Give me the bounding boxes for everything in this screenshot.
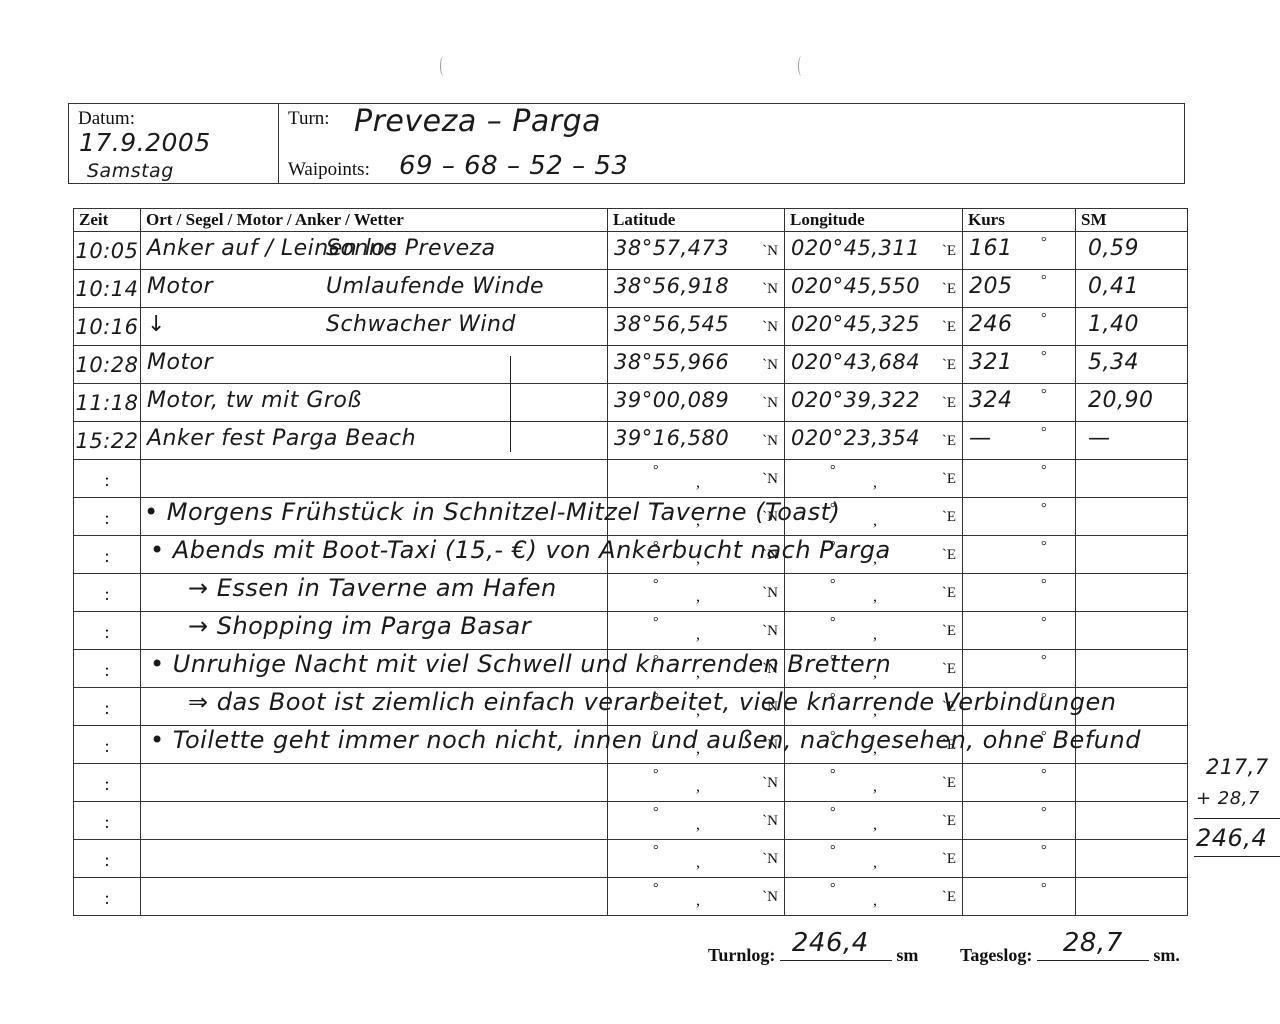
degree-mark: °: [830, 881, 836, 897]
sm-value: —: [1088, 426, 1111, 451]
time-colon: :: [104, 546, 109, 566]
column-header-sm: SM: [1076, 209, 1188, 232]
time-colon: :: [104, 888, 109, 908]
latitude-value: 38°56,545: [614, 312, 729, 336]
time-value: 11:18: [75, 391, 138, 415]
degree-mark: °: [830, 577, 836, 593]
north-mark: `N: [762, 851, 778, 868]
cell-latitude: °,`N: [608, 460, 785, 498]
ort-value: Anker auf / Leinen los Preveza: [147, 236, 496, 261]
degree-mark: °: [830, 805, 836, 821]
cell-sm: [1076, 764, 1188, 802]
ort-value: Anker fest Parga Beach: [147, 426, 416, 451]
comma-mark: ,: [873, 816, 877, 834]
time-value: 10:14: [75, 277, 138, 301]
cell-ort: [141, 802, 608, 840]
table-row: 10:05Anker auf / Leinen los PrevezaSonne…: [74, 232, 1188, 270]
turn-value: Preveza – Parga: [354, 104, 601, 139]
cell-zeit: :: [74, 460, 141, 498]
cell-longitude: 020°43,684`E: [785, 346, 963, 384]
column-header-latitude: Latitude: [608, 209, 785, 232]
cell-sm: [1076, 574, 1188, 612]
cell-zeit: :: [74, 536, 141, 574]
degree-mark: °: [1041, 539, 1047, 555]
log-header: Datum: 17.9.2005 Samstag Turn: Preveza –…: [68, 103, 1185, 184]
cell-sm: 1,40: [1076, 308, 1188, 346]
waypoints-label: Waipoints:: [288, 159, 370, 181]
table-row: :°,`N°,`E°: [74, 764, 1188, 802]
north-mark: `N: [762, 433, 778, 450]
cell-latitude: °,`N: [608, 802, 785, 840]
cell-latitude: 38°57,473`N: [608, 232, 785, 270]
cell-latitude: 39°00,089`N: [608, 384, 785, 422]
north-mark: `N: [762, 471, 778, 488]
cell-kurs: 324°: [963, 384, 1076, 422]
turn-label: Turn:: [288, 108, 330, 130]
cell-kurs: 321°: [963, 346, 1076, 384]
degree-mark: °: [1041, 843, 1047, 859]
comma-mark: ,: [873, 588, 877, 606]
time-colon: :: [104, 622, 109, 642]
cell-sm: [1076, 840, 1188, 878]
sm-value: 0,41: [1088, 274, 1139, 299]
wetter-value: Schwacher Wind: [326, 312, 516, 337]
comma-mark: ,: [696, 474, 700, 492]
cell-latitude: °,`N: [608, 574, 785, 612]
degree-mark: °: [653, 463, 659, 479]
degree-mark: °: [1041, 425, 1047, 441]
east-mark: `E: [942, 433, 956, 450]
cell-zeit: :: [74, 574, 141, 612]
cell-zeit: :: [74, 878, 141, 916]
degree-mark: °: [653, 881, 659, 897]
cell-zeit: :: [74, 726, 141, 764]
comma-mark: ,: [696, 892, 700, 910]
continuation-arrow: [510, 356, 511, 452]
degree-mark: °: [1041, 615, 1047, 631]
cell-latitude: 38°56,545`N: [608, 308, 785, 346]
date-cell: Datum: 17.9.2005 Samstag: [69, 104, 279, 183]
cell-ort: [141, 878, 608, 916]
handwritten-note: → Shopping im Parga Basar: [188, 612, 531, 640]
east-mark: `E: [942, 889, 956, 906]
degree-mark: °: [653, 767, 659, 783]
cell-longitude: 020°45,311`E: [785, 232, 963, 270]
degree-mark: °: [830, 615, 836, 631]
handwritten-note: ⇒ das Boot ist ziemlich einfach verarbei…: [188, 688, 1116, 716]
time-colon: :: [104, 660, 109, 680]
degree-mark: °: [1041, 349, 1047, 365]
cell-sm: [1076, 802, 1188, 840]
cell-zeit: 10:28: [74, 346, 141, 384]
sm-value: 1,40: [1088, 312, 1139, 337]
cell-longitude: °,`E: [785, 840, 963, 878]
degree-mark: °: [1041, 501, 1047, 517]
column-header-kurs: Kurs: [963, 209, 1076, 232]
cell-kurs: 246°: [963, 308, 1076, 346]
degree-mark: °: [653, 843, 659, 859]
degree-mark: °: [830, 843, 836, 859]
cell-ort: [141, 764, 608, 802]
cell-longitude: °,`E: [785, 612, 963, 650]
cell-sm: [1076, 460, 1188, 498]
time-colon: :: [104, 774, 109, 794]
east-mark: `E: [942, 775, 956, 792]
east-mark: `E: [942, 319, 956, 336]
latitude-value: 38°55,966: [614, 350, 729, 374]
tageslog-field: Tageslog: 28,7 sm.: [960, 940, 1180, 966]
cell-sm: [1076, 878, 1188, 916]
table-row: :°,`N°,`E°: [74, 878, 1188, 916]
cell-zeit: 10:16: [74, 308, 141, 346]
cell-longitude: 020°45,325`E: [785, 308, 963, 346]
east-mark: `E: [942, 851, 956, 868]
cell-kurs: 161°: [963, 232, 1076, 270]
cell-zeit: 10:14: [74, 270, 141, 308]
cell-kurs: °: [963, 840, 1076, 878]
east-mark: `E: [942, 509, 956, 526]
cell-zeit: 10:05: [74, 232, 141, 270]
margin-sum-underline: [1194, 856, 1280, 857]
degree-mark: °: [1041, 653, 1047, 669]
degree-mark: °: [1041, 387, 1047, 403]
north-mark: `N: [762, 585, 778, 602]
cell-ort: [141, 840, 608, 878]
cell-sm: [1076, 536, 1188, 574]
comma-mark: ,: [696, 778, 700, 796]
cell-kurs: °: [963, 498, 1076, 536]
handwritten-note: • Toilette geht immer noch nicht, innen …: [150, 726, 1141, 754]
margin-sum-total: 246,4: [1196, 824, 1267, 852]
punch-hole-mark: [798, 56, 805, 76]
ort-value: Motor: [147, 274, 213, 299]
north-mark: `N: [762, 319, 778, 336]
north-mark: `N: [762, 775, 778, 792]
longitude-value: 020°45,325: [791, 312, 920, 336]
degree-mark: °: [653, 615, 659, 631]
cell-kurs: °: [963, 536, 1076, 574]
degree-mark: °: [653, 577, 659, 593]
comma-mark: ,: [873, 626, 877, 644]
handwritten-note: • Unruhige Nacht mit viel Schwell und kn…: [150, 650, 891, 678]
east-mark: `E: [942, 281, 956, 298]
sm-value: 5,34: [1088, 350, 1139, 375]
latitude-value: 39°16,580: [614, 426, 729, 450]
degree-mark: °: [830, 767, 836, 783]
longitude-value: 020°23,354: [791, 426, 920, 450]
ort-value: ↓: [147, 312, 166, 337]
kurs-value: 205: [969, 274, 1013, 299]
table-row: 10:28Motor38°55,966`N020°43,684`E321°5,3…: [74, 346, 1188, 384]
margin-sum-line1: 217,7: [1206, 755, 1269, 779]
north-mark: `N: [762, 623, 778, 640]
waypoints-value: 69 – 68 – 52 – 53: [399, 151, 628, 181]
north-mark: `N: [762, 395, 778, 412]
cell-longitude: °,`E: [785, 878, 963, 916]
ort-value: Motor: [147, 350, 213, 375]
column-header-zeit: Zeit: [74, 209, 141, 232]
cell-longitude: °,`E: [785, 802, 963, 840]
turnlog-unit: sm: [896, 945, 918, 965]
handwritten-note: • Morgens Frühstück in Schnitzel-Mitzel …: [144, 498, 840, 526]
time-colon: :: [104, 470, 109, 490]
cell-latitude: 38°56,918`N: [608, 270, 785, 308]
comma-mark: ,: [873, 854, 877, 872]
degree-mark: °: [1041, 767, 1047, 783]
weekday-value: Samstag: [87, 160, 174, 182]
north-mark: `N: [762, 357, 778, 374]
cell-zeit: :: [74, 764, 141, 802]
east-mark: `E: [942, 623, 956, 640]
margin-sum-rule: [1194, 818, 1280, 819]
cell-longitude: °,`E: [785, 574, 963, 612]
cell-latitude: 39°16,580`N: [608, 422, 785, 460]
table-row: :°,`N°,`E°: [74, 460, 1188, 498]
cell-kurs: °: [963, 574, 1076, 612]
comma-mark: ,: [873, 778, 877, 796]
time-value: 15:22: [75, 429, 138, 453]
east-mark: `E: [942, 357, 956, 374]
kurs-value: 161: [969, 236, 1013, 261]
table-row: :°,`N°,`E°: [74, 802, 1188, 840]
cell-latitude: °,`N: [608, 840, 785, 878]
cell-ort: Anker fest Parga Beach: [141, 422, 608, 460]
tageslog-line: 28,7: [1037, 940, 1149, 961]
east-mark: `E: [942, 547, 956, 564]
cell-sm: [1076, 650, 1188, 688]
turn-cell: Turn: Preveza – Parga Waipoints: 69 – 68…: [279, 104, 1184, 183]
cell-sm: [1076, 612, 1188, 650]
time-colon: :: [104, 584, 109, 604]
cell-latitude: °,`N: [608, 612, 785, 650]
time-value: 10:16: [75, 315, 138, 339]
east-mark: `E: [942, 395, 956, 412]
comma-mark: ,: [873, 512, 877, 530]
table-row: 15:22Anker fest Parga Beach39°16,580`N02…: [74, 422, 1188, 460]
cell-zeit: :: [74, 612, 141, 650]
kurs-value: 246: [969, 312, 1013, 337]
time-value: 10:05: [75, 239, 138, 263]
north-mark: `N: [762, 889, 778, 906]
cell-kurs: °: [963, 802, 1076, 840]
longitude-value: 020°43,684: [791, 350, 920, 374]
column-header-ort: Ort / Segel / Motor / Anker / Wetter: [141, 209, 608, 232]
cell-sm: 5,34: [1076, 346, 1188, 384]
cell-longitude: °,`E: [785, 460, 963, 498]
cell-ort: Anker auf / Leinen los PrevezaSonne: [141, 232, 608, 270]
cell-sm: 0,41: [1076, 270, 1188, 308]
cell-latitude: °,`N: [608, 764, 785, 802]
cell-longitude: 020°45,550`E: [785, 270, 963, 308]
degree-mark: °: [1041, 235, 1047, 251]
cell-ort: ↓Schwacher Wind: [141, 308, 608, 346]
latitude-value: 38°57,473: [614, 236, 729, 260]
comma-mark: ,: [696, 816, 700, 834]
degree-mark: °: [1041, 805, 1047, 821]
table-row: 10:16↓Schwacher Wind38°56,545`N020°45,32…: [74, 308, 1188, 346]
longitude-value: 020°45,550: [791, 274, 920, 298]
cell-sm: —: [1076, 422, 1188, 460]
comma-mark: ,: [696, 854, 700, 872]
cell-zeit: :: [74, 498, 141, 536]
cell-zeit: :: [74, 688, 141, 726]
date-label: Datum:: [78, 108, 135, 130]
east-mark: `E: [942, 471, 956, 488]
date-value: 17.9.2005: [79, 128, 211, 157]
turnlog-field: Turnlog: 246,4 sm: [708, 940, 918, 966]
cell-longitude: °,`E: [785, 764, 963, 802]
cell-latitude: °,`N: [608, 878, 785, 916]
north-mark: `N: [762, 243, 778, 260]
cell-sm: 0,59: [1076, 232, 1188, 270]
tageslog-value: 28,7: [1063, 928, 1123, 958]
cell-zeit: :: [74, 840, 141, 878]
cell-latitude: 38°55,966`N: [608, 346, 785, 384]
cell-sm: 20,90: [1076, 384, 1188, 422]
cell-ort: Motor: [141, 346, 608, 384]
cell-kurs: 205°: [963, 270, 1076, 308]
kurs-value: 324: [969, 388, 1013, 413]
handwritten-note: • Abends mit Boot-Taxi (15,- €) von Anke…: [150, 536, 891, 564]
kurs-value: —: [969, 426, 992, 451]
cell-kurs: °: [963, 878, 1076, 916]
kurs-value: 321: [969, 350, 1013, 375]
wetter-value: Sonne: [326, 236, 397, 261]
latitude-value: 38°56,918: [614, 274, 729, 298]
cell-ort: Motor, tw mit Groß: [141, 384, 608, 422]
cell-ort: MotorUmlaufende Winde: [141, 270, 608, 308]
degree-mark: °: [1041, 577, 1047, 593]
turnlog-label: Turnlog:: [708, 945, 775, 965]
degree-mark: °: [1041, 311, 1047, 327]
handwritten-note: → Essen in Taverne am Hafen: [188, 574, 557, 602]
wetter-value: Umlaufende Winde: [326, 274, 544, 299]
table-row: :°,`N°,`E°: [74, 840, 1188, 878]
cell-zeit: :: [74, 802, 141, 840]
table-header-row: Zeit Ort / Segel / Motor / Anker / Wette…: [74, 209, 1188, 232]
turnlog-line: 246,4: [780, 940, 892, 961]
cell-ort: [141, 460, 608, 498]
degree-mark: °: [1041, 463, 1047, 479]
cell-kurs: —°: [963, 422, 1076, 460]
comma-mark: ,: [696, 626, 700, 644]
degree-mark: °: [653, 805, 659, 821]
north-mark: `N: [762, 813, 778, 830]
latitude-value: 39°00,089: [614, 388, 729, 412]
cell-longitude: 020°23,354`E: [785, 422, 963, 460]
margin-sum-line2: + 28,7: [1196, 788, 1260, 809]
longitude-value: 020°45,311: [791, 236, 920, 260]
east-mark: `E: [942, 661, 956, 678]
comma-mark: ,: [873, 892, 877, 910]
longitude-value: 020°39,322: [791, 388, 920, 412]
time-value: 10:28: [75, 353, 138, 377]
time-colon: :: [104, 508, 109, 528]
comma-mark: ,: [873, 474, 877, 492]
cell-kurs: °: [963, 612, 1076, 650]
cell-sm: [1076, 498, 1188, 536]
sm-value: 0,59: [1088, 236, 1139, 261]
north-mark: `N: [762, 281, 778, 298]
comma-mark: ,: [696, 588, 700, 606]
column-header-longitude: Longitude: [785, 209, 963, 232]
table-row: 10:14MotorUmlaufende Winde38°56,918`N020…: [74, 270, 1188, 308]
time-colon: :: [104, 698, 109, 718]
time-colon: :: [104, 736, 109, 756]
tageslog-label: Tageslog:: [960, 945, 1032, 965]
degree-mark: °: [1041, 881, 1047, 897]
degree-mark: °: [830, 463, 836, 479]
east-mark: `E: [942, 585, 956, 602]
east-mark: `E: [942, 813, 956, 830]
tageslog-unit: sm.: [1153, 945, 1180, 965]
degree-mark: °: [1041, 273, 1047, 289]
cell-kurs: °: [963, 460, 1076, 498]
cell-zeit: 11:18: [74, 384, 141, 422]
cell-kurs: °: [963, 764, 1076, 802]
table-row: 11:18Motor, tw mit Groß39°00,089`N020°39…: [74, 384, 1188, 422]
ort-value: Motor, tw mit Groß: [147, 388, 362, 413]
cell-longitude: 020°39,322`E: [785, 384, 963, 422]
cell-zeit: :: [74, 650, 141, 688]
east-mark: `E: [942, 243, 956, 260]
turnlog-value: 246,4: [792, 928, 869, 958]
cell-zeit: 15:22: [74, 422, 141, 460]
time-colon: :: [104, 812, 109, 832]
punch-hole-mark: [440, 56, 447, 76]
time-colon: :: [104, 850, 109, 870]
cell-kurs: °: [963, 650, 1076, 688]
sm-value: 20,90: [1088, 388, 1153, 413]
